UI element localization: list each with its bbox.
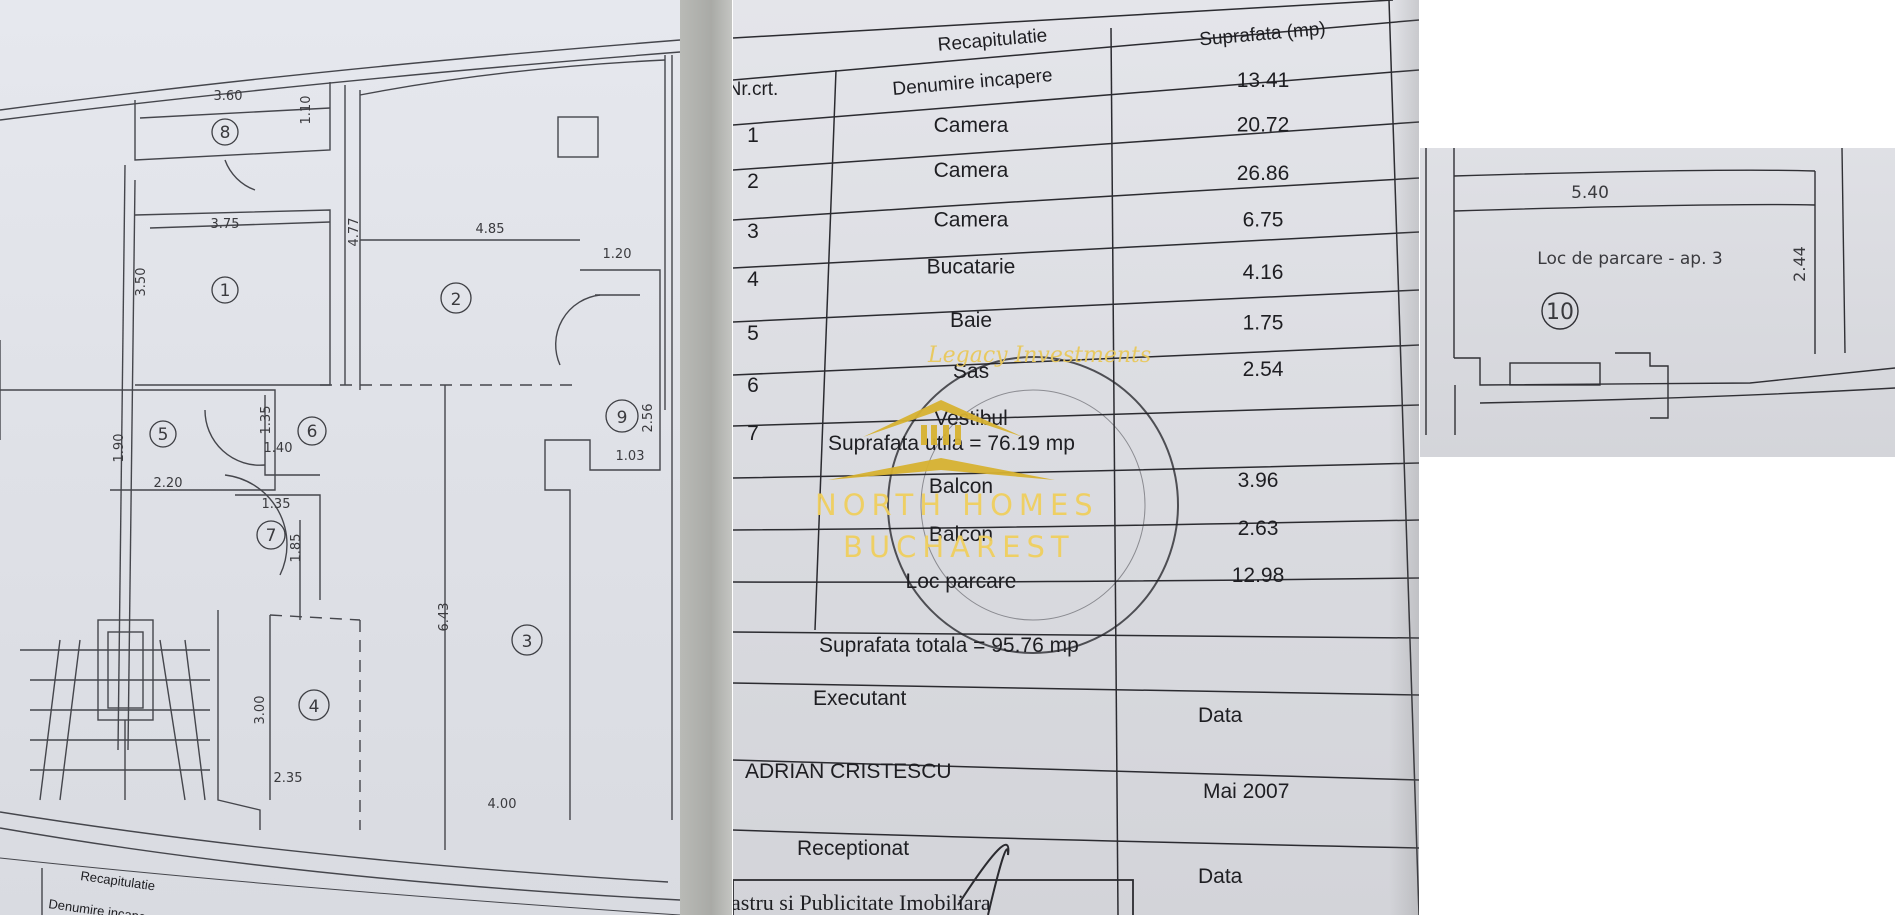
table-cell-area: 2.54 [1243, 358, 1284, 381]
dim-1-85: 1.85 [289, 534, 304, 563]
watermark-line1: NORTH HOMES [815, 488, 1099, 522]
dim-1-10: 1.10 [299, 96, 314, 125]
extra-row-name: Loc parcare [906, 570, 1017, 593]
dim-1-03: 1.03 [616, 449, 645, 464]
table-cell-nr: 5 [747, 322, 759, 345]
table-cell-name: Baie [950, 309, 992, 332]
parking-depth-dim: 2.44 [1790, 246, 1809, 282]
table-cell-name: Bucatarie [927, 256, 1016, 279]
room-number-7: 7 [266, 526, 277, 546]
page-gutter [680, 0, 732, 915]
dim-1-90: 1.90 [112, 434, 127, 463]
date-label: Data [1198, 704, 1243, 727]
bottom-margin [0, 915, 1895, 921]
watermark-script: Legacy Investments [927, 343, 1151, 368]
dim-3-60: 3.60 [214, 89, 243, 104]
page-edge-shadow [1389, 0, 1419, 915]
date-value: Mai 2007 [1203, 780, 1289, 803]
dim-3-00: 3.00 [253, 696, 268, 725]
table-cell-nr: 4 [747, 268, 759, 291]
parking-plan-drawing: 10 5.40 2.44 Loc de parcare - ap. 3 [1420, 148, 1895, 457]
table-cell-area: 4.16 [1243, 261, 1284, 284]
table-cell-nr: 6 [747, 374, 759, 397]
executant-label: Executant [813, 687, 907, 710]
room-number-2: 2 [451, 290, 462, 310]
parking-plan-panel: 10 5.40 2.44 Loc de parcare - ap. 3 [1420, 148, 1895, 457]
extra-row-area: 12.98 [1232, 564, 1285, 587]
parking-label: Loc de parcare - ap. 3 [1537, 249, 1722, 269]
dim-1-20: 1.20 [603, 247, 632, 262]
parking-width-dim: 5.40 [1571, 183, 1609, 203]
table-title: Recapitulatie [937, 25, 1048, 55]
dim-4-77: 4.77 [347, 218, 362, 247]
table-cell-nr: 1 [747, 124, 759, 147]
header-area: Suprafata (mp) [1198, 19, 1326, 51]
table-cell-nr: 2 [747, 170, 759, 193]
table-cell-name: Camera [934, 114, 1009, 137]
stamp-footer-text: astru si Publicitate Imobiliara [733, 890, 991, 915]
table-cell-area: 6.75 [1243, 209, 1284, 232]
header-nr: Nr.crt. [733, 79, 778, 100]
plan-footer-title: Recapitulatie [80, 868, 157, 893]
room-number-3: 3 [522, 632, 533, 652]
parking-number: 10 [1546, 300, 1574, 325]
extra-row-area: 2.63 [1238, 517, 1279, 540]
table-cell-name: Camera [934, 208, 1009, 231]
dim-3-75: 3.75 [211, 217, 240, 232]
table-cell-area: 26.86 [1237, 162, 1290, 185]
table-cell-nr: 7 [747, 422, 759, 445]
room-number-6: 6 [307, 422, 318, 442]
received-label: Receptionat [797, 837, 909, 860]
summary-table: Recapitulatie Nr.crt. Denumire incapere … [733, 0, 1419, 915]
dim-4-00: 4.00 [488, 797, 517, 812]
dim-3-50: 3.50 [134, 268, 149, 297]
table-cell-name: Camera [934, 159, 1009, 182]
header-name: Denumire incapere [892, 65, 1054, 100]
room-number-5: 5 [158, 425, 169, 445]
dim-1-40: 1.40 [264, 441, 293, 456]
floor-plan-drawing: 8 1 2 3 4 5 6 7 9 3.60 1.10 3.75 3.50 4.… [0, 0, 732, 915]
floor-plan-panel: 8 1 2 3 4 5 6 7 9 3.60 1.10 3.75 3.50 4.… [0, 0, 732, 915]
executant-name: ADRIAN CRISTESCU [745, 760, 952, 783]
summary-document: Recapitulatie Nr.crt. Denumire incapere … [733, 0, 1419, 915]
room-number-1: 1 [220, 281, 231, 301]
watermark-line2: BUCHAREST [843, 530, 1075, 564]
table-cell-area: 1.75 [1243, 312, 1284, 335]
dim-2-56: 2.56 [641, 404, 656, 433]
dim-1-35-a: 1.35 [259, 406, 274, 435]
received-date-label: Data [1198, 865, 1243, 888]
room-number-9: 9 [617, 408, 628, 428]
dim-6-43: 6.43 [437, 603, 452, 632]
room-number-8: 8 [220, 123, 231, 143]
dim-2-35: 2.35 [274, 771, 303, 786]
room-number-4: 4 [309, 697, 320, 717]
table-cell-nr: 3 [747, 220, 759, 243]
extra-row-area: 3.96 [1238, 469, 1279, 492]
useful-area: Suprafata utila = 76.19 mp [828, 432, 1075, 455]
plan-footer-header: Denumire incapere [48, 896, 159, 915]
table-cell-area: 20.72 [1237, 114, 1290, 137]
table-cell-area: 13.41 [1237, 69, 1290, 92]
dim-1-35-b: 1.35 [262, 497, 291, 512]
dim-2-20: 2.20 [154, 476, 183, 491]
total-area: Suprafata totala = 95.76 mp [819, 634, 1079, 657]
dim-4-85: 4.85 [476, 222, 505, 237]
